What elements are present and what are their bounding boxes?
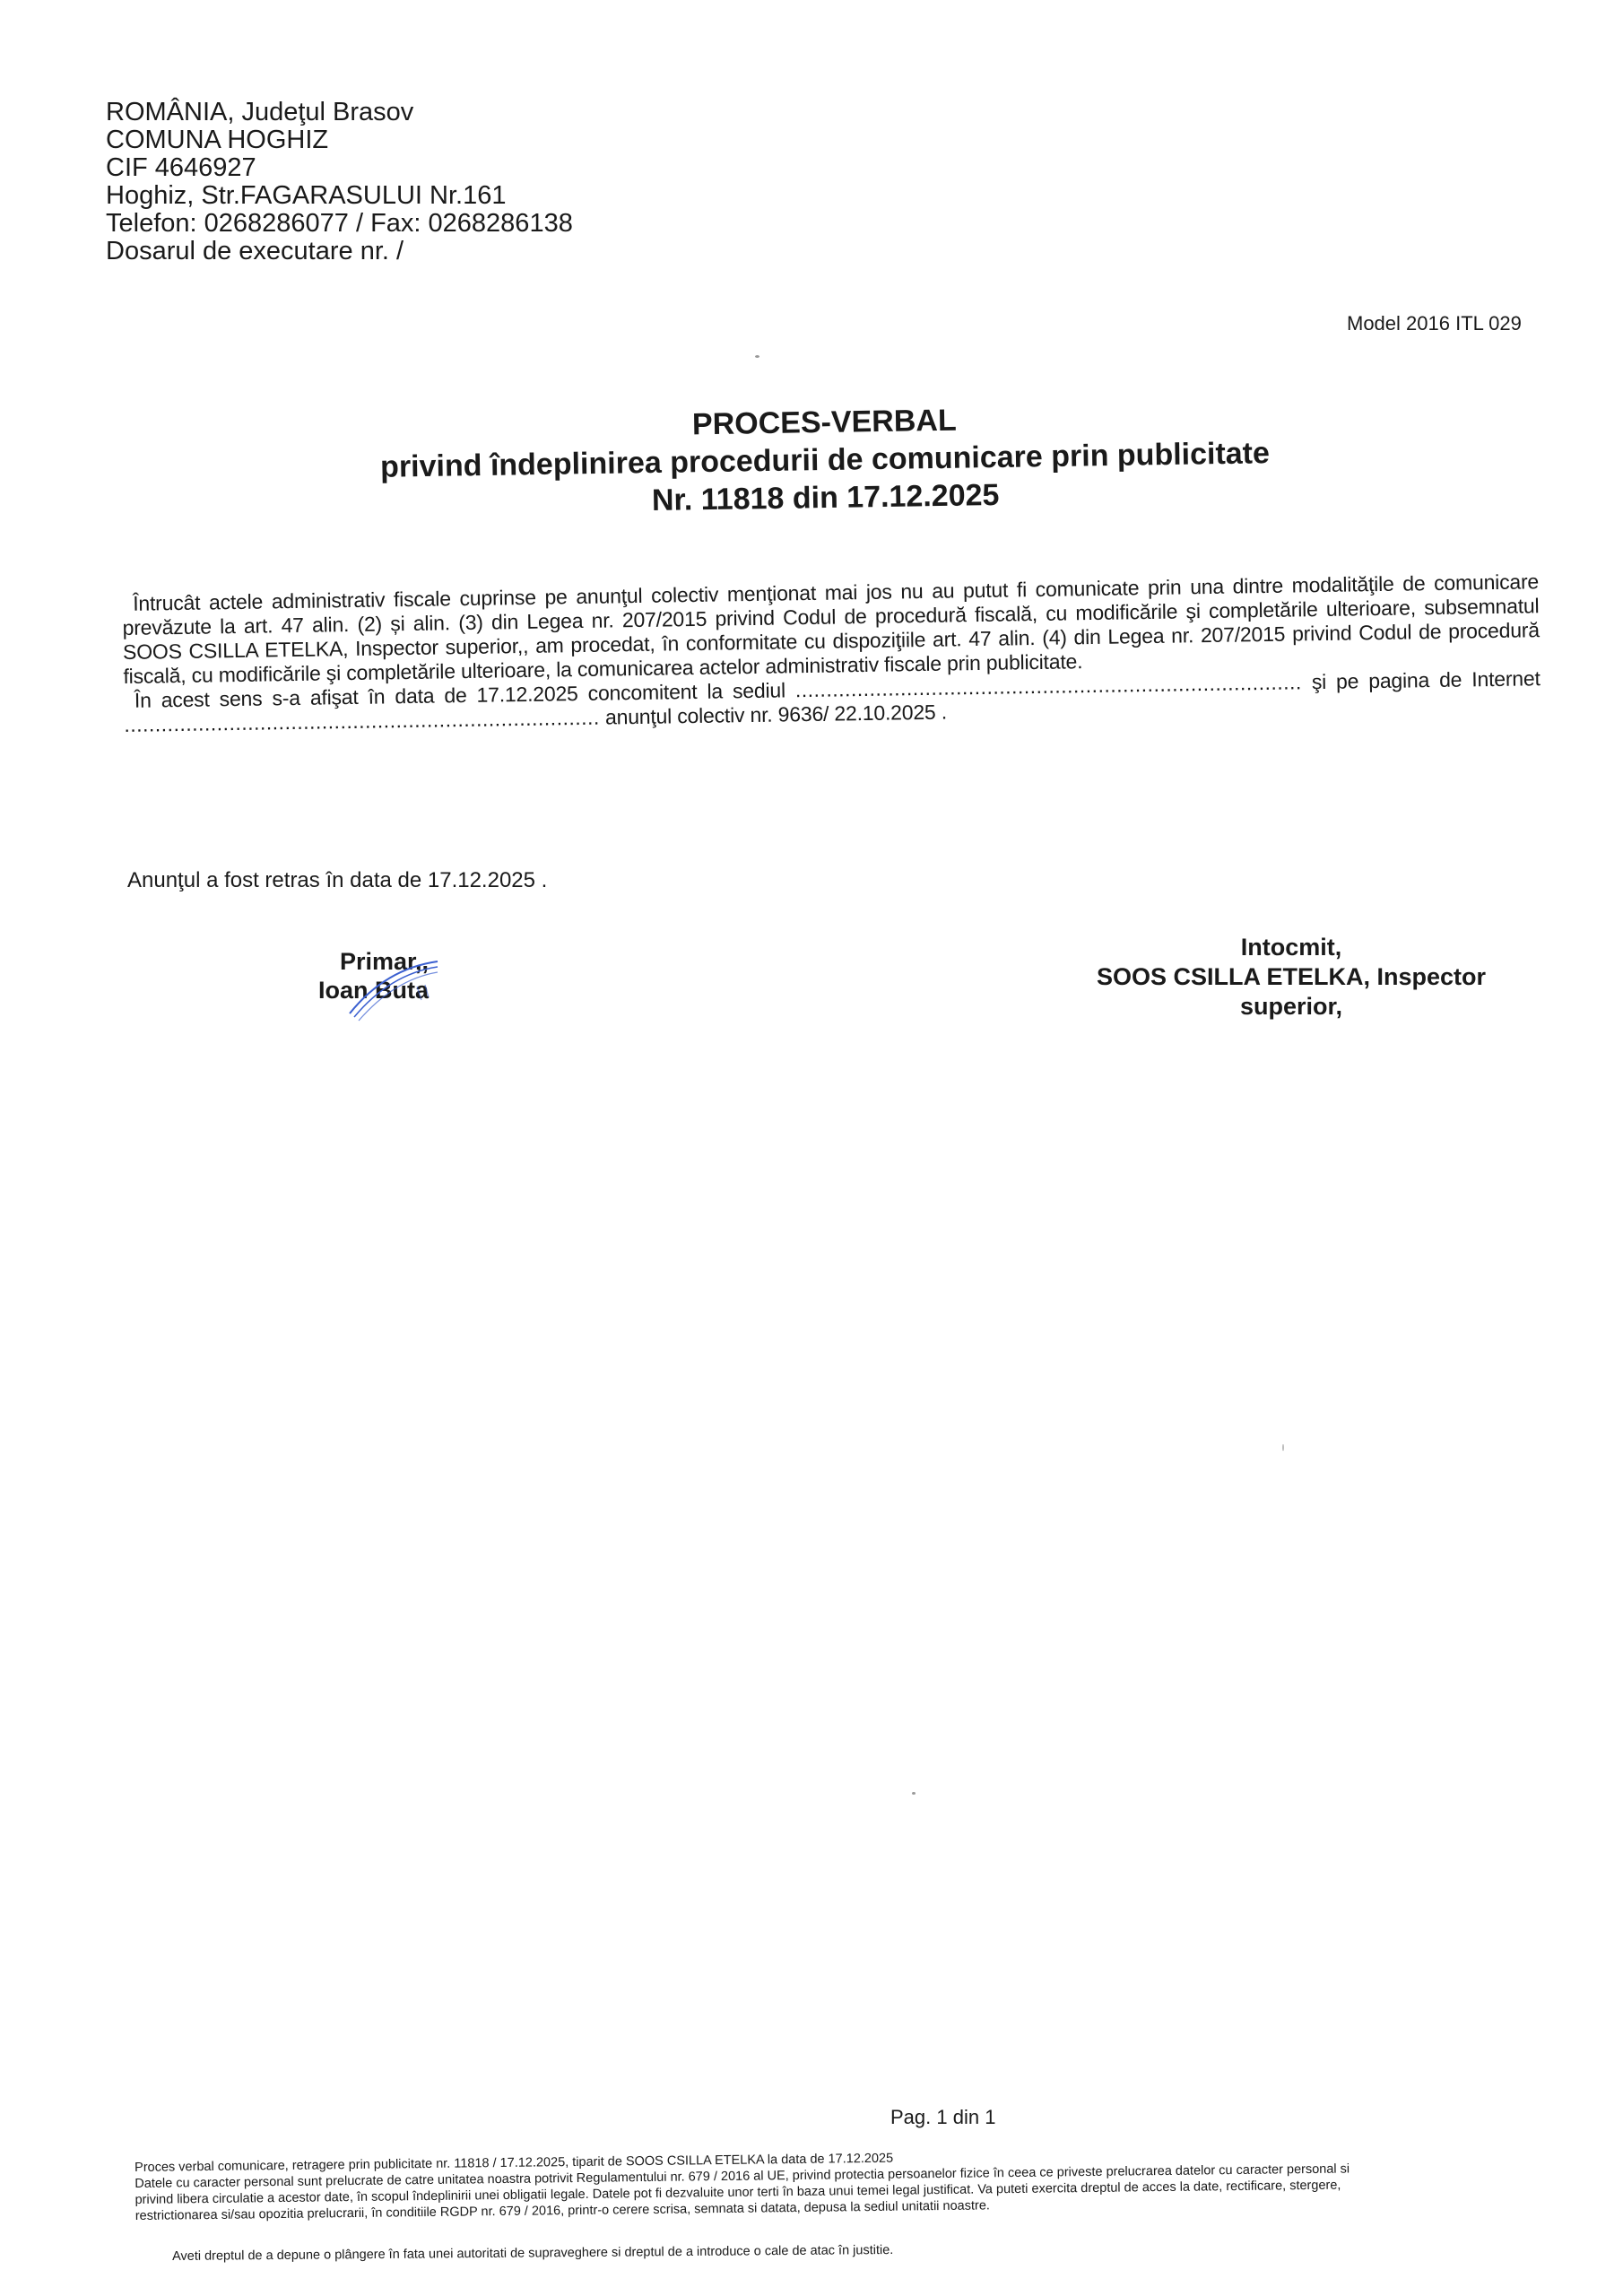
website-statement: şi pe pagina de Internet bbox=[1312, 666, 1541, 693]
header-country-county: ROMÂNIA, Judeţul Brasov bbox=[106, 99, 573, 126]
preparer-signature-block: Intocmit, SOOS CSILLA ETELKA, Inspector … bbox=[1058, 933, 1524, 1022]
preparer-title: superior, bbox=[1058, 992, 1524, 1022]
scan-speck bbox=[912, 1792, 916, 1795]
footer-notice: Proces verbal comunicare, retragere prin… bbox=[135, 2143, 1561, 2224]
header-phone-fax: Telefon: 0268286077 / Fax: 0268286138 bbox=[106, 210, 573, 238]
issuer-header: ROMÂNIA, Judeţul Brasov COMUNA HOGHIZ CI… bbox=[106, 99, 573, 265]
header-commune: COMUNA HOGHIZ bbox=[106, 126, 573, 154]
model-code: Model 2016 ITL 029 bbox=[1347, 312, 1522, 335]
mayor-signature-block: Primar,, Ioan Buta bbox=[285, 947, 429, 1004]
scan-speck bbox=[755, 355, 759, 358]
mayor-role: Primar,, bbox=[285, 947, 429, 976]
collective-notice-ref: anunţul colectiv nr. 9636/ 22.10.2025 . bbox=[605, 700, 947, 729]
withdrawal-statement: Anunţul a fost retras în data de 17.12.2… bbox=[127, 868, 547, 893]
preparer-name: SOOS CSILLA ETELKA, Inspector bbox=[1058, 962, 1524, 992]
preparer-role: Intocmit, bbox=[1058, 933, 1524, 962]
mayor-name: Ioan Buta bbox=[285, 976, 429, 1004]
document-title: PROCES-VERBAL privind îndeplinirea proce… bbox=[340, 396, 1310, 525]
footer-complaint-rights: Aveti dreptul de a depune o plângere în … bbox=[172, 2243, 893, 2264]
header-cif: CIF 4646927 bbox=[106, 154, 573, 182]
page-number: Pag. 1 din 1 bbox=[890, 2106, 995, 2129]
document-body: Întrucât actele administrativ fiscale cu… bbox=[122, 570, 1541, 737]
header-execution-file: Dosarul de executare nr. / bbox=[106, 238, 573, 265]
header-address: Hoghiz, Str.FAGARASULUI Nr.161 bbox=[106, 182, 573, 210]
scan-speck bbox=[1282, 1444, 1284, 1451]
